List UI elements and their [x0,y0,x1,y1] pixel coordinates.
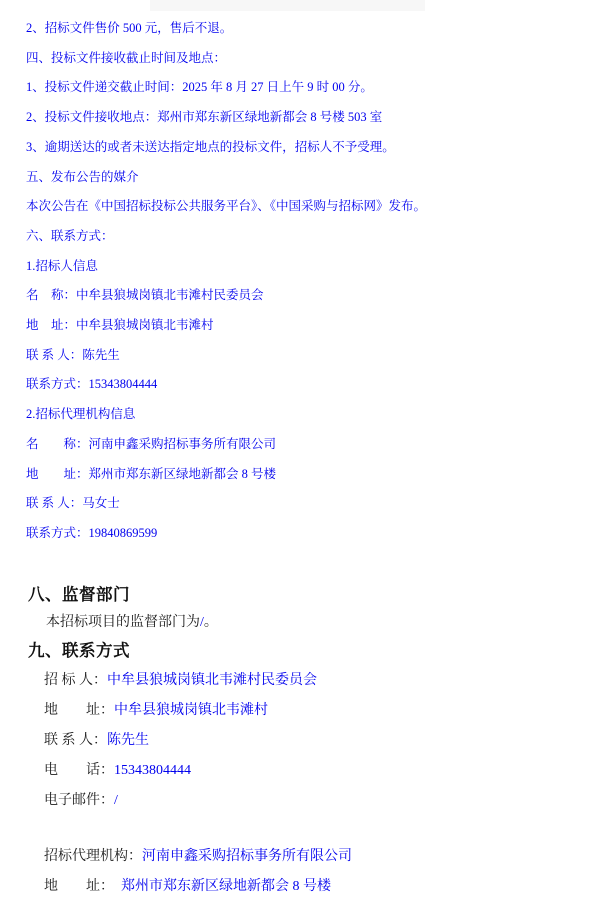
doc-line-late-delivery-rule: 3、逾期送达的或者未送达指定地点的投标文件，招标人不予受理。 [26,133,593,163]
contact-row-person: 联 系 人：陈先生 [44,726,593,756]
doc-line-tenderer-contact-person: 联 系 人：陈先生 [26,341,593,371]
phone-label: 电 话： [44,763,114,778]
doc-line-receipt-location: 2、投标文件接收地点：郑州市郑东新区绿地新都会 8 号楼 503 室 [26,103,593,133]
doc-line-agency-phone: 联系方式：19840869599 [26,519,593,549]
section-heading-contact-information: 九、联系方式 [28,636,593,666]
doc-line-announcement-platforms: 本次公告在《中国招标投标公共服务平台》、《中国采购与招标网》发布。 [26,192,593,222]
contact-row-phone: 电 话：15343804444 [44,756,593,786]
agency-address-label: 地 址： [44,879,121,894]
doc-line-agency-address: 地 址：郑州市郑东新区绿地新都会 8 号楼 [26,460,593,490]
agency-address-value: 郑州市郑东新区绿地新都会 8 号楼 [121,879,331,894]
address-value: 中牟县狼城岗镇北韦滩村 [114,703,268,718]
email-label: 电子邮件： [44,793,114,808]
tenderer-value: 中牟县狼城岗镇北韦滩村民委员会 [107,673,317,688]
doc-heading-bid-receipt-deadline: 四、投标文件接收截止时间及地点： [26,44,593,74]
doc-line-tenderer-phone: 联系方式：15343804444 [26,370,593,400]
tenderer-label: 招 标 人： [44,673,107,688]
doc-subheading-agency-info: 2.招标代理机构信息 [26,400,593,430]
contact-row-email: 电子邮件：/ [44,786,593,816]
contact-row-agency: 招标代理机构：河南申鑫采购招标事务所有限公司 [44,842,593,872]
contact-row-tenderer: 招 标 人：中牟县狼城岗镇北韦滩村民委员会 [44,666,593,696]
section-heading-supervision-department: 八、监督部门 [28,580,593,610]
phone-value: 15343804444 [114,763,191,778]
doc-heading-contact-info: 六、联系方式： [26,222,593,252]
contact-row-address: 地 址：中牟县狼城岗镇北韦滩村 [44,696,593,726]
supervision-label: 本招标项目的监督部门为 [46,615,200,630]
doc-line-agency-contact-person: 联 系 人：马女士 [26,489,593,519]
supervision-department-line: 本招标项目的监督部门为/。 [46,610,593,636]
doc-line-tenderer-name: 名 称：中牟县狼城岗镇北韦滩村民委员会 [26,281,593,311]
doc-line-submission-deadline: 1、投标文件递交截止时间：2025 年 8 月 27 日上午 9 时 00 分。 [26,73,593,103]
address-label: 地 址： [44,703,114,718]
doc-line-document-price: 2、招标文件售价 500 元，售后不退。 [26,14,593,44]
agency-label: 招标代理机构： [44,849,142,864]
doc-line-agency-name: 名 称：河南申鑫采购招标事务所有限公司 [26,430,593,460]
doc-heading-announcement-media: 五、发布公告的媒介 [26,163,593,193]
doc-line-tenderer-address: 地 址：中牟县狼城岗镇北韦滩村 [26,311,593,341]
doc-subheading-tenderer-info: 1.招标人信息 [26,252,593,282]
contact-person-value: 陈先生 [107,733,149,748]
contact-person-label: 联 系 人： [44,733,107,748]
supervision-suffix: 。 [204,615,218,630]
page-top-remnant-strip [150,0,425,11]
email-value: / [114,793,118,808]
contact-row-agency-address: 地 址： 郑州市郑东新区绿地新都会 8 号楼 [44,872,593,902]
agency-value: 河南申鑫采购招标事务所有限公司 [142,849,352,864]
tender-notice-document: 2、招标文件售价 500 元，售后不退。 四、投标文件接收截止时间及地点： 1、… [0,0,593,902]
